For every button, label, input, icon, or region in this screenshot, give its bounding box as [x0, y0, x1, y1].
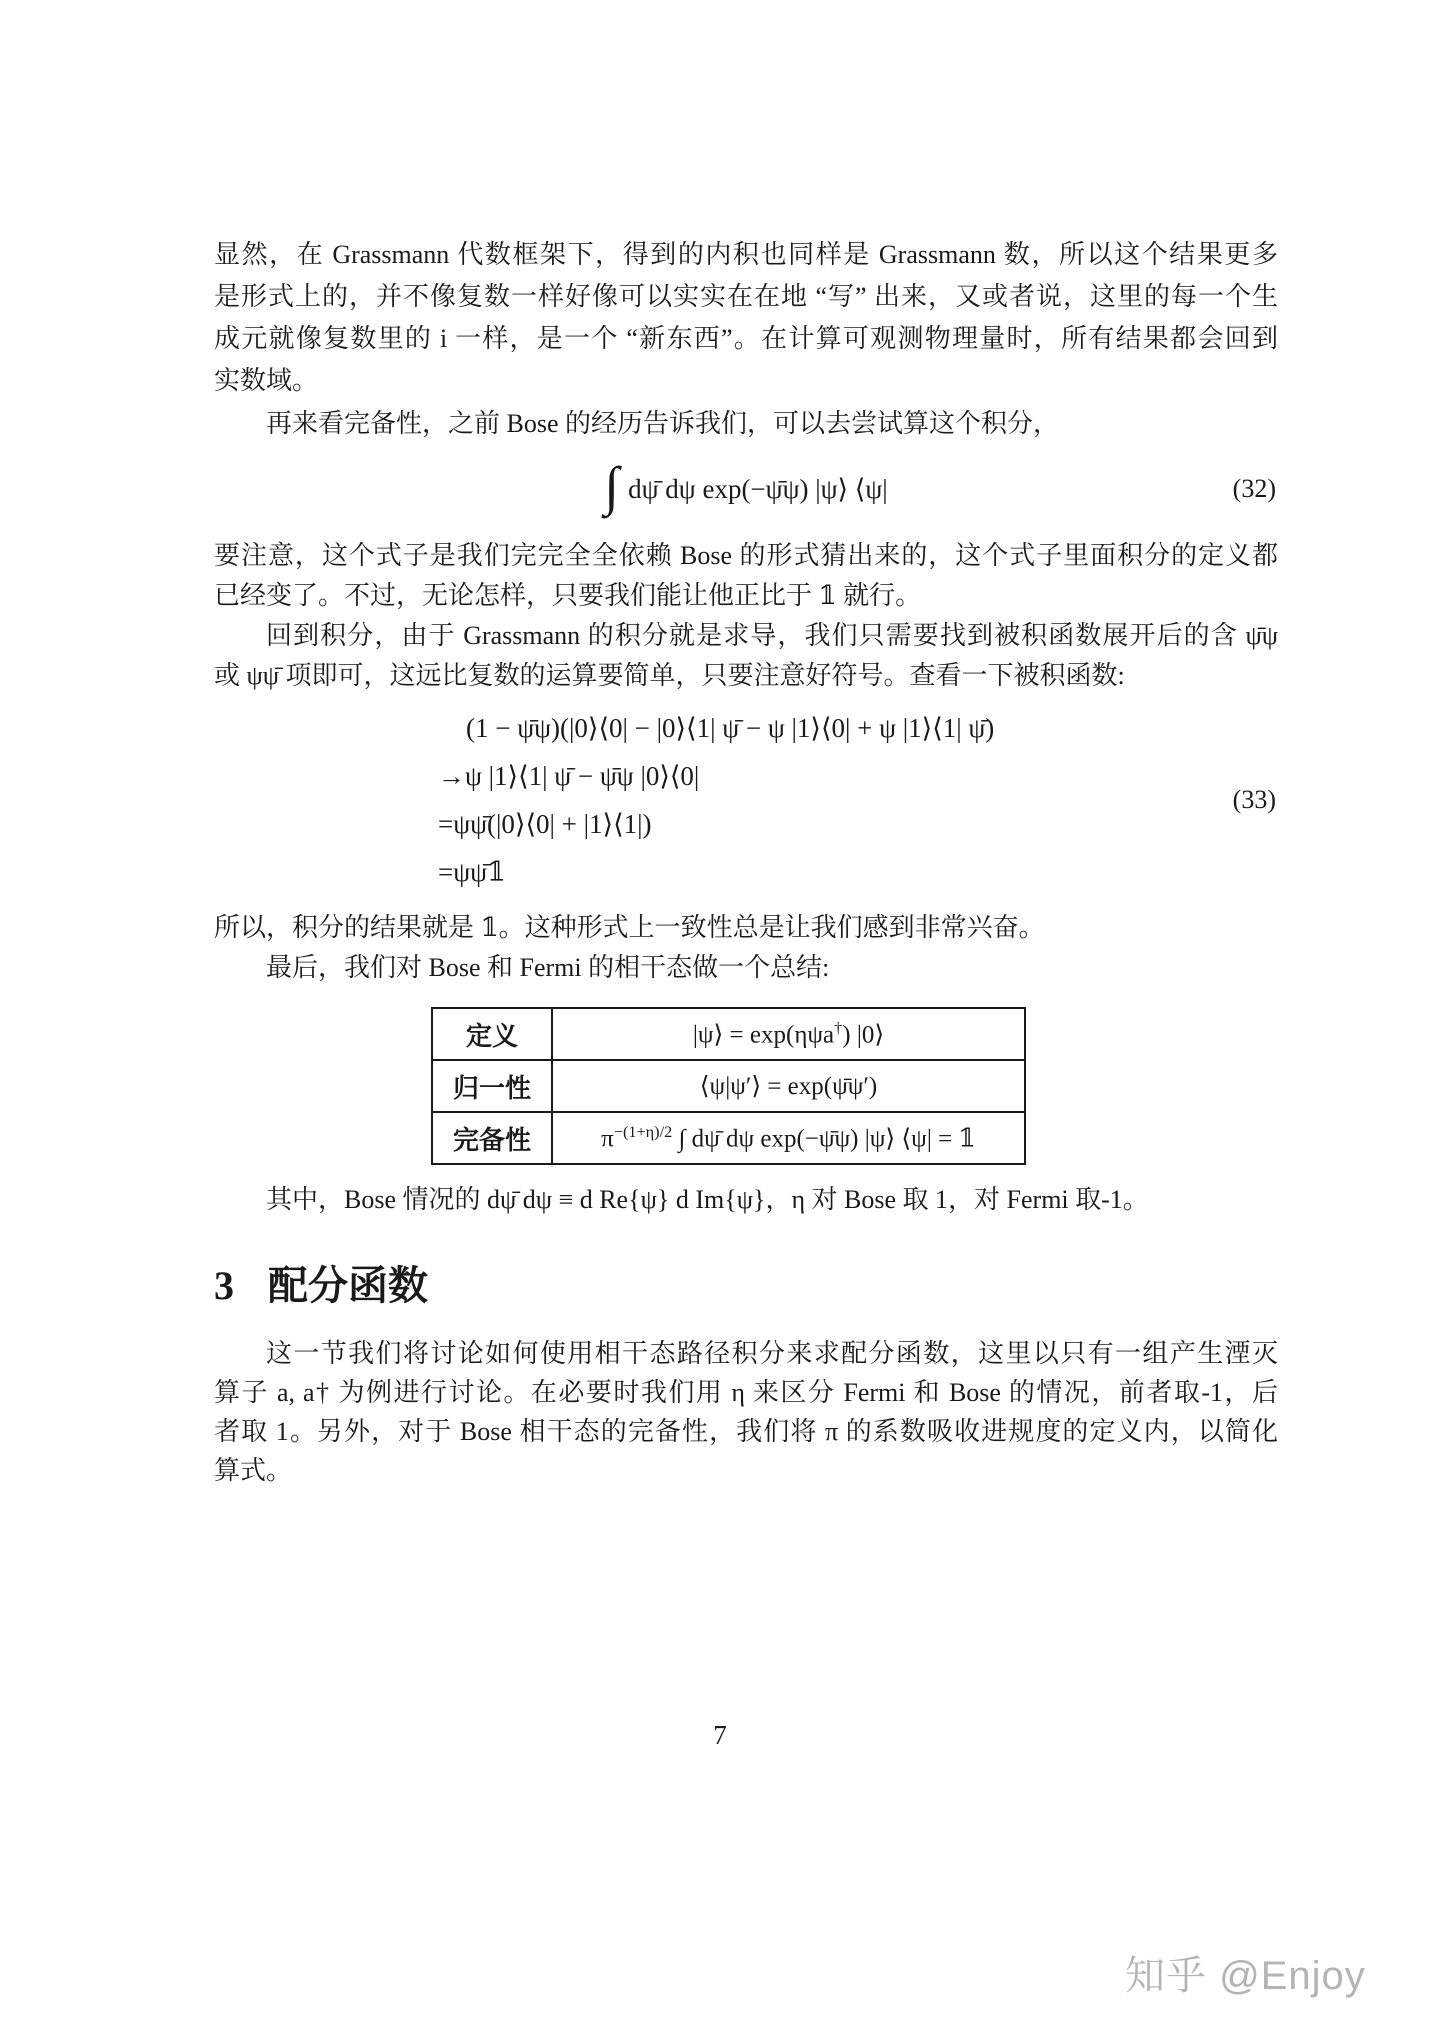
table-row-label: 完备性 — [432, 1112, 552, 1164]
paragraph-line: 已经变了。不过，无论怎样，只要我们能让他正比于 𝟙 就行。 — [214, 576, 1278, 616]
table-row-label: 定义 — [432, 1008, 552, 1060]
paragraph-line: 成元就像复数里的 i 一样，是一个 “新东西”。在计算可观测物理量时，所有结果都… — [214, 318, 1278, 360]
formula-text: |ψ⟩ = exp(ηψa — [693, 1021, 834, 1048]
formula-text: ⟨ψ|ψ′⟩ = exp(ψ̄ψ′) — [700, 1073, 877, 1100]
table-row: 完备性 π−(1+η)/2 ∫ dψ̄ dψ exp(−ψ̄ψ) |ψ⟩ ⟨ψ|… — [432, 1112, 1025, 1164]
page-number: 7 — [0, 1720, 1440, 1751]
paragraph-1: 显然，在 Grassmann 代数框架下，得到的内积也同样是 Grassmann… — [214, 234, 1278, 402]
paragraph-line: 这一节我们将讨论如何使用相干态路径积分来求配分函数，这里以只有一组产生湮灭 — [214, 1334, 1278, 1373]
paragraph-line: 显然，在 Grassmann 代数框架下，得到的内积也同样是 Grassmann… — [214, 234, 1278, 276]
watermark-text: 知乎 @Enjoy — [1125, 1944, 1366, 2001]
display-equation-33: (1 − ψ̄ψ)(|0⟩⟨0| − |0⟩⟨1| ψ̄ − ψ |1⟩⟨0| … — [214, 704, 1278, 896]
formula-text: ) |0⟩ — [842, 1021, 884, 1048]
table-row-formula: ⟨ψ|ψ′⟩ = exp(ψ̄ψ′) — [552, 1060, 1025, 1112]
table-row: 归一性 ⟨ψ|ψ′⟩ = exp(ψ̄ψ′) — [432, 1060, 1025, 1112]
table-row-label: 归一性 — [432, 1060, 552, 1112]
paragraph-2: 再来看完备性，之前 Bose 的经历告诉我们，可以去尝试算这个积分， — [214, 404, 1278, 444]
equation-line: =ψψ̄𝟙 — [438, 848, 1278, 896]
table-row: 定义 |ψ⟩ = exp(ηψa†) |0⟩ — [432, 1008, 1025, 1060]
paragraph-line: 算式。 — [214, 1451, 1278, 1490]
formula-text: π — [601, 1125, 614, 1152]
paragraph-line: 或 ψψ̄ 项即可，这远比复数的运算要简单，只要注意好符号。查看一下被积函数: — [214, 656, 1278, 696]
paragraph-line: 其中，Bose 情况的 dψ̄ dψ ≡ d Re{ψ} d Im{ψ}，η 对… — [214, 1180, 1278, 1220]
equation-line: (1 − ψ̄ψ)(|0⟩⟨0| − |0⟩⟨1| ψ̄ − ψ |1⟩⟨0| … — [438, 704, 1278, 752]
paragraph-line: 回到积分，由于 Grassmann 的积分就是求导，我们只需要找到被积函数展开后… — [214, 616, 1278, 656]
equation-line: =ψψ̄(|0⟩⟨0| + |1⟩⟨1|) — [438, 800, 1278, 848]
section-heading: 3配分函数 — [214, 1254, 1278, 1311]
paragraph-5: 其中，Bose 情况的 dψ̄ dψ ≡ d Re{ψ} d Im{ψ}，η 对… — [214, 1180, 1278, 1220]
paragraph-line: 是形式上的，并不像复数一样好像可以实实在在地 “写” 出来，又或者说，这里的每一… — [214, 276, 1278, 318]
display-equation-32: ∫ dψ̄ dψ exp(−ψ̄ψ) |ψ⟩ ⟨ψ| (32) — [214, 446, 1278, 532]
paragraph-line: 要注意，这个式子是我们完完全全依赖 Bose 的形式猜出来的，这个式子里面积分的… — [214, 536, 1278, 576]
paragraph-line: 算子 a, a† 为例进行讨论。在必要时我们用 η 来区分 Fermi 和 Bo… — [214, 1373, 1278, 1412]
exponent-superscript: −(1+η)/2 — [614, 1123, 672, 1141]
paragraph-line: 所以，积分的结果就是 𝟙。这种形式上一致性总是让我们感到非常兴奋。 — [214, 908, 1278, 948]
equation-number: (33) — [1233, 785, 1276, 815]
equation-number: (32) — [1233, 474, 1276, 504]
summary-table: 定义 |ψ⟩ = exp(ηψa†) |0⟩ 归一性 ⟨ψ|ψ′⟩ = exp(… — [431, 1007, 1026, 1165]
paragraph-line: 再来看完备性，之前 Bose 的经历告诉我们，可以去尝试算这个积分， — [214, 404, 1278, 444]
paragraph-line: 实数域。 — [214, 360, 1278, 402]
paragraph-4: 所以，积分的结果就是 𝟙。这种形式上一致性总是让我们感到非常兴奋。 最后，我们对… — [214, 908, 1278, 988]
section-number: 3 — [214, 1263, 234, 1308]
table-row-formula: |ψ⟩ = exp(ηψa†) |0⟩ — [552, 1008, 1025, 1060]
paragraph-3: 要注意，这个式子是我们完完全全依赖 Bose 的形式猜出来的，这个式子里面积分的… — [214, 536, 1278, 696]
equation-line: →ψ |1⟩⟨1| ψ̄ − ψ̄ψ |0⟩⟨0| — [438, 752, 1278, 800]
formula-text: ∫ dψ̄ dψ exp(−ψ̄ψ) |ψ⟩ ⟨ψ| = 𝟙 — [672, 1125, 976, 1152]
section-title: 配分函数 — [268, 1263, 428, 1308]
paragraph-6: 这一节我们将讨论如何使用相干态路径积分来求配分函数，这里以只有一组产生湮灭 算子… — [214, 1334, 1278, 1490]
integral-sign: ∫ — [604, 459, 619, 513]
document-page: 显然，在 Grassmann 代数框架下，得到的内积也同样是 Grassmann… — [0, 0, 1440, 2036]
equation-body: dψ̄ dψ exp(−ψ̄ψ) |ψ⟩ ⟨ψ| — [628, 474, 887, 505]
paragraph-line: 最后，我们对 Bose 和 Fermi 的相干态做一个总结: — [214, 948, 1278, 988]
paragraph-line: 者取 1。另外，对于 Bose 相干态的完备性，我们将 π 的系数吸收进规度的定… — [214, 1412, 1278, 1451]
table-row-formula: π−(1+η)/2 ∫ dψ̄ dψ exp(−ψ̄ψ) |ψ⟩ ⟨ψ| = 𝟙 — [552, 1112, 1025, 1164]
